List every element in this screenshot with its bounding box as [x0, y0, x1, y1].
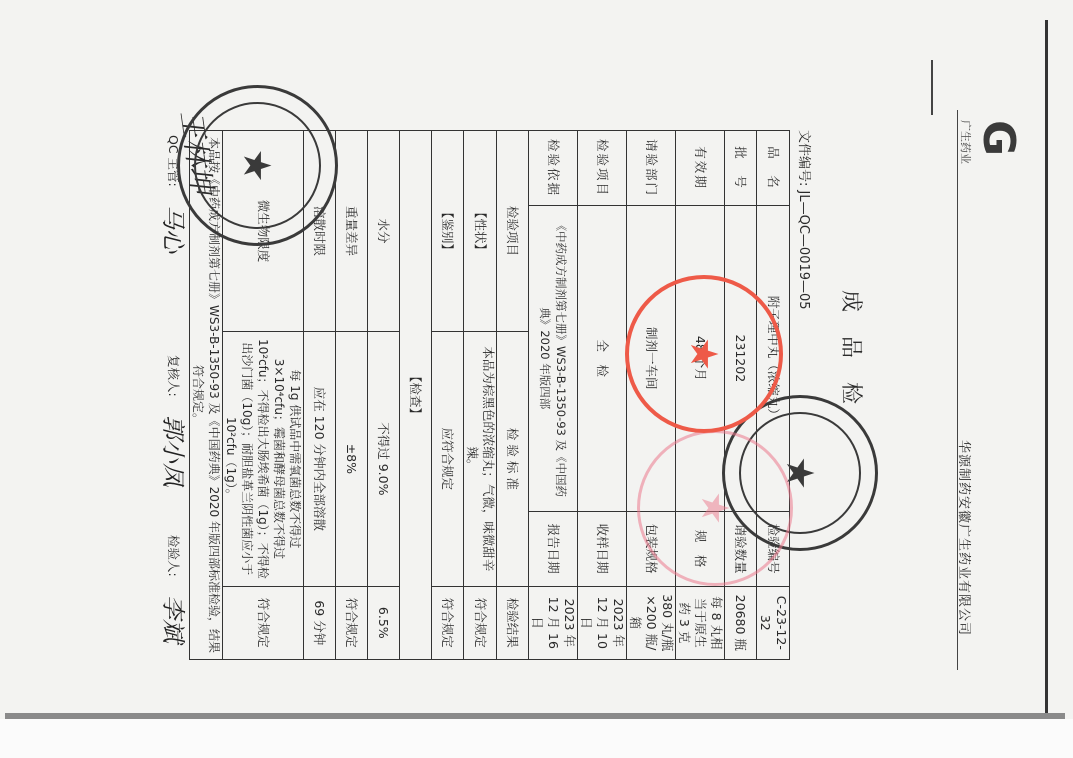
check-row: 水分 不得过 9.0% 6.5% — [368, 131, 400, 660]
info-label: 批 号 — [725, 131, 757, 206]
check-standard: ±8% — [336, 332, 368, 586]
section-name: 【鉴别】 — [432, 131, 464, 332]
info-value: 20680 瓶 — [725, 586, 757, 659]
doc-no-label: 文件编号: — [796, 130, 811, 186]
section-row: 【检查】 — [400, 131, 432, 660]
company-name: 华源制药安徽广生药业有限公司 — [956, 440, 975, 636]
info-label: 品 名 — [757, 131, 790, 206]
info-value: 每 8 丸相当于原生药 3 克 — [676, 586, 725, 659]
section-standard: 本品为棕黑色的浓缩丸；气微，味微甜辛辣。 — [464, 332, 497, 586]
qc-manager-signature: 马心 — [158, 205, 193, 253]
inspector-signature: 李斌 — [158, 595, 193, 643]
reviewer-label: 复核人: — [165, 355, 183, 397]
inspection-seal-left: ★ — [177, 85, 338, 246]
check-result: 符合规定 — [223, 586, 304, 659]
info-label: 检验依据 — [529, 131, 578, 206]
company-logo: G 广生药业 — [958, 120, 1018, 180]
header-item: 检验项目 — [497, 131, 529, 332]
check-standard: 每 1g 供试品中需氧菌总数不得过 3×10⁴cfu；霉菌和酵母菌总数不得过 1… — [223, 332, 304, 586]
info-label: 报告日期 — [529, 511, 578, 586]
check-name: 水分 — [368, 131, 400, 332]
reviewer-signature: 郭小凤 — [158, 415, 193, 487]
doc-no-value: JL—QC—0019—05 — [796, 191, 811, 310]
info-value: 《中药成方制剂第七册》WS3-B-1350-93 及《中国药典》2020 年版四… — [529, 206, 578, 512]
section-result: 符合规定 — [464, 586, 497, 659]
info-value: 2023 年 12 月 16 日 — [529, 586, 578, 659]
header-result: 检验结果 — [497, 586, 529, 659]
star-icon: ★ — [685, 337, 723, 371]
section-name: 【检查】 — [400, 131, 432, 660]
info-value: C-23-12-32 — [757, 586, 790, 659]
check-result: 69 分钟 — [304, 586, 336, 659]
check-result: 6.5% — [368, 586, 400, 659]
check-result: 符合规定 — [336, 586, 368, 659]
info-value: 380 丸/瓶×200 瓶/箱 — [627, 586, 676, 659]
star-icon: ★ — [696, 491, 734, 525]
info-label: 检验项目 — [578, 131, 627, 206]
check-name: 重量差异 — [336, 131, 368, 332]
document-number: 文件编号: JL—QC—0019—05 — [796, 130, 815, 310]
section-row: 【性状】 本品为棕黑色的浓缩丸；气微，味微甜辛辣。 符合规定 — [464, 131, 497, 660]
inspector-label: 检验人: — [165, 535, 183, 577]
header-mark — [931, 60, 933, 115]
header-standard: 检 验 标 准 — [497, 332, 529, 586]
info-label: 请验部门 — [627, 131, 676, 206]
section-name: 【性状】 — [464, 131, 497, 332]
check-row: 重量差异 ±8% 符合规定 — [336, 131, 368, 660]
check-standard: 不得过 9.0% — [368, 332, 400, 586]
info-label: 有效期 — [676, 131, 725, 206]
section-row: 【鉴别】 应符合规定 符合规定 — [432, 131, 464, 660]
info-row: 检验依据 《中药成方制剂第七册》WS3-B-1350-93 及《中国药典》202… — [529, 131, 578, 660]
info-row: 检验项目 全 检 收样日期 2023 年 12 月 10 日 — [578, 131, 627, 660]
check-standard: 应在 120 分钟内全部溶散 — [304, 332, 336, 586]
info-value: 2023 年 12 月 10 日 — [578, 586, 627, 659]
inspection-report-page: G 广生药业 华源制药安徽广生药业有限公司 成品检 文件编号: JL—QC—00… — [0, 0, 1073, 758]
logo-text: 广生药业 — [958, 120, 974, 180]
section-result: 符合规定 — [432, 586, 464, 659]
info-label: 收样日期 — [578, 511, 627, 586]
quality-seal-red: ★ — [625, 275, 783, 433]
star-icon: ★ — [239, 148, 277, 182]
section-standard: 应符合规定 — [432, 332, 464, 586]
results-header-row: 检验项目 检 验 标 准 检验结果 — [497, 131, 529, 660]
logo-icon: G — [978, 120, 1018, 180]
faded-seal: ★ — [637, 430, 793, 586]
info-value: 全 检 — [578, 206, 627, 512]
